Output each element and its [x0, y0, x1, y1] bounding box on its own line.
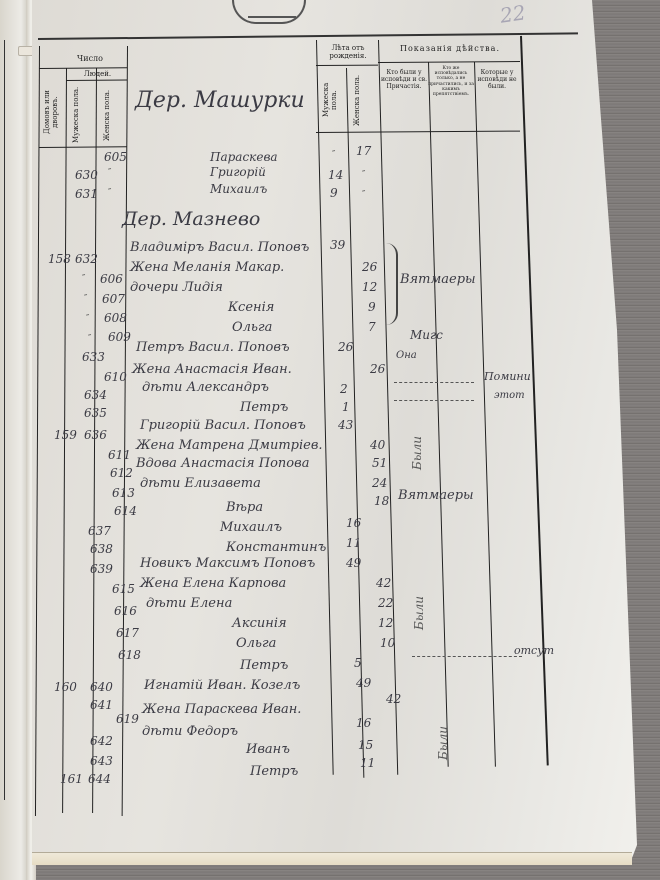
vertical-note: Были — [436, 690, 450, 760]
status-note: Помини — [484, 370, 531, 383]
person-name: Михаилъ — [220, 520, 282, 535]
age-female: 12 — [362, 280, 377, 294]
person-name: дѣти Александръ — [142, 380, 269, 395]
ditto-mark: ″ — [362, 170, 365, 180]
age-male: 5 — [354, 656, 362, 670]
house-number: 160 — [54, 680, 77, 694]
person-name: Жена Анастасія Иван. — [132, 362, 292, 377]
ditto-mark: ″ — [108, 188, 111, 198]
male-number: 632 — [75, 252, 98, 266]
age-female: 17 — [356, 144, 371, 158]
dash-line — [394, 400, 474, 401]
female-number: 617 — [116, 626, 139, 640]
age-female: 42 — [386, 692, 401, 706]
age-female: 51 — [372, 456, 387, 470]
vertical-note: Были — [412, 570, 426, 630]
status-note: отсут — [514, 644, 554, 657]
ditto-mark: ″ — [84, 294, 87, 304]
header-male: Мужеска пола. — [72, 86, 80, 144]
male-number: 636 — [84, 428, 107, 442]
header-age-male: Мужеска пола. — [322, 72, 338, 128]
page-number: 22 — [498, 0, 527, 27]
header-number: Число — [60, 54, 120, 63]
person-name: Игнатій Иван. Козелъ — [144, 678, 300, 693]
family-bracket — [386, 243, 398, 325]
header-age-female: Женска пола. — [353, 72, 361, 128]
male-number: 635 — [84, 406, 107, 420]
ditto-mark: ″ — [362, 190, 365, 200]
person-name: Ольга — [236, 636, 276, 651]
person-name: дѣти Елизавета — [140, 476, 261, 491]
female-number: 607 — [102, 292, 125, 306]
status-note: Вятмаеры — [400, 272, 476, 287]
male-number: 641 — [90, 698, 113, 712]
age-male: 1 — [342, 400, 350, 414]
male-number: 633 — [82, 350, 105, 364]
age-female: 7 — [368, 320, 376, 334]
age-female: 24 — [372, 476, 387, 490]
male-number: 637 — [88, 524, 111, 538]
person-name: дѣти Елена — [146, 596, 232, 611]
previous-page-rule — [4, 40, 5, 800]
dash-line — [412, 656, 522, 657]
age-male: 16 — [346, 516, 361, 530]
female-number: 608 — [104, 311, 127, 325]
male-number: 643 — [90, 754, 113, 768]
age-female: 12 — [378, 616, 393, 630]
person-name: Жена Параскева Иван. — [142, 702, 301, 717]
section-title: Дер. Машурки — [135, 88, 305, 113]
male-number: 638 — [90, 542, 113, 556]
age-male: 2 — [340, 382, 348, 396]
house-number: 159 — [54, 428, 77, 442]
header-status-col1: Кто были у исповѣди и св. Причастія. — [380, 70, 428, 91]
person-name: Параскева — [210, 150, 278, 164]
house-number: 161 — [60, 772, 83, 786]
person-name: Григорій — [210, 165, 266, 179]
female-number: 609 — [108, 330, 131, 344]
person-name: Ксенія — [228, 300, 274, 315]
female-number: 606 — [100, 272, 123, 286]
person-name: Константинъ — [226, 540, 326, 555]
header-people: Людей. — [70, 70, 125, 78]
person-name: Жена Елена Карпова — [140, 576, 286, 591]
age-male: 11 — [346, 536, 361, 550]
female-number: 612 — [110, 466, 133, 480]
age-male: 43 — [338, 418, 353, 432]
person-name: Григорій Васил. Поповъ — [140, 418, 306, 433]
age-female: 18 — [374, 494, 389, 508]
header-age: Лѣта отъ рожденія. — [318, 44, 378, 60]
person-name: Вдова Анастасія Попова — [136, 456, 309, 471]
header-status-col2: Кто же исповѣдались только, а не причаст… — [428, 66, 474, 97]
female-number: 615 — [112, 582, 135, 596]
male-number: 631 — [75, 187, 98, 201]
person-name: Петръ — [240, 400, 288, 415]
person-name: Аксинія — [232, 616, 287, 631]
vertical-note: Были — [410, 420, 424, 470]
page-stack-edge — [32, 852, 632, 865]
person-name: Петръ — [240, 658, 288, 673]
female-number: 613 — [112, 486, 135, 500]
male-number: 642 — [90, 734, 113, 748]
female-number: 610 — [104, 370, 127, 384]
person-name: дѣти Федоръ — [142, 724, 238, 739]
age-male: 49 — [356, 676, 371, 690]
header-status-col3: Которые у исповѣди не были. — [474, 70, 520, 91]
age-male: 15 — [358, 738, 373, 752]
header-female: Женска пола. — [103, 86, 111, 144]
section-title: Дер. Мазнево — [122, 208, 260, 230]
age-female: 40 — [370, 438, 385, 452]
age-female: 9 — [368, 300, 376, 314]
male-number: 644 — [88, 772, 111, 786]
person-name: дочери Лидія — [130, 280, 223, 295]
female-number: 616 — [114, 604, 137, 618]
male-number: 639 — [90, 562, 113, 576]
house-number: 158 — [48, 252, 71, 266]
seal-ribbon — [248, 8, 296, 18]
ditto-mark: ″ — [88, 334, 91, 344]
status-note: этот — [494, 390, 525, 401]
female-number: 605 — [104, 150, 127, 164]
age-male: 14 — [328, 168, 343, 182]
female-number: 611 — [108, 448, 131, 462]
age-male: 9 — [330, 186, 338, 200]
person-name: Михаилъ — [210, 182, 267, 196]
ditto-mark: ″ — [332, 150, 335, 160]
person-name: Иванъ — [246, 742, 290, 757]
person-name: Петръ — [250, 764, 298, 779]
age-female: 42 — [376, 576, 391, 590]
person-name: Петръ Васил. Поповъ — [136, 340, 290, 355]
age-female: 22 — [378, 596, 393, 610]
age-female: 10 — [380, 636, 395, 650]
status-note: Мигс — [410, 328, 443, 342]
age-male: 16 — [356, 716, 371, 730]
person-name: Новикъ Максимъ Поповъ — [140, 556, 315, 571]
person-name: Жена Матрена Дмитріев. — [136, 438, 323, 453]
person-name: Владиміръ Васил. Поповъ — [130, 240, 309, 255]
age-female: 26 — [370, 362, 385, 376]
header-households: Домовъ или дворовъ. — [43, 82, 59, 142]
female-number: 618 — [118, 648, 141, 662]
male-number: 634 — [84, 388, 107, 402]
person-name: Вѣра — [226, 500, 263, 515]
male-number: 640 — [90, 680, 113, 694]
person-name: Ольга — [232, 320, 272, 335]
status-note: Вятмаеры — [398, 488, 474, 503]
header-status: Показанія дѣйства. — [380, 44, 520, 53]
ditto-mark: ″ — [86, 314, 89, 324]
male-number: 630 — [75, 168, 98, 182]
ditto-mark: ″ — [108, 168, 111, 178]
female-number: 614 — [114, 504, 137, 518]
age-male: 39 — [330, 238, 345, 252]
person-name: Жена Меланія Макар. — [130, 260, 284, 275]
dash-line — [394, 382, 474, 383]
status-note: Она — [396, 350, 417, 361]
age-female: 26 — [362, 260, 377, 274]
age-male: 11 — [360, 756, 375, 770]
female-number: 619 — [116, 712, 139, 726]
age-male: 26 — [338, 340, 353, 354]
age-male: 49 — [346, 556, 361, 570]
ditto-mark: ″ — [82, 274, 85, 284]
